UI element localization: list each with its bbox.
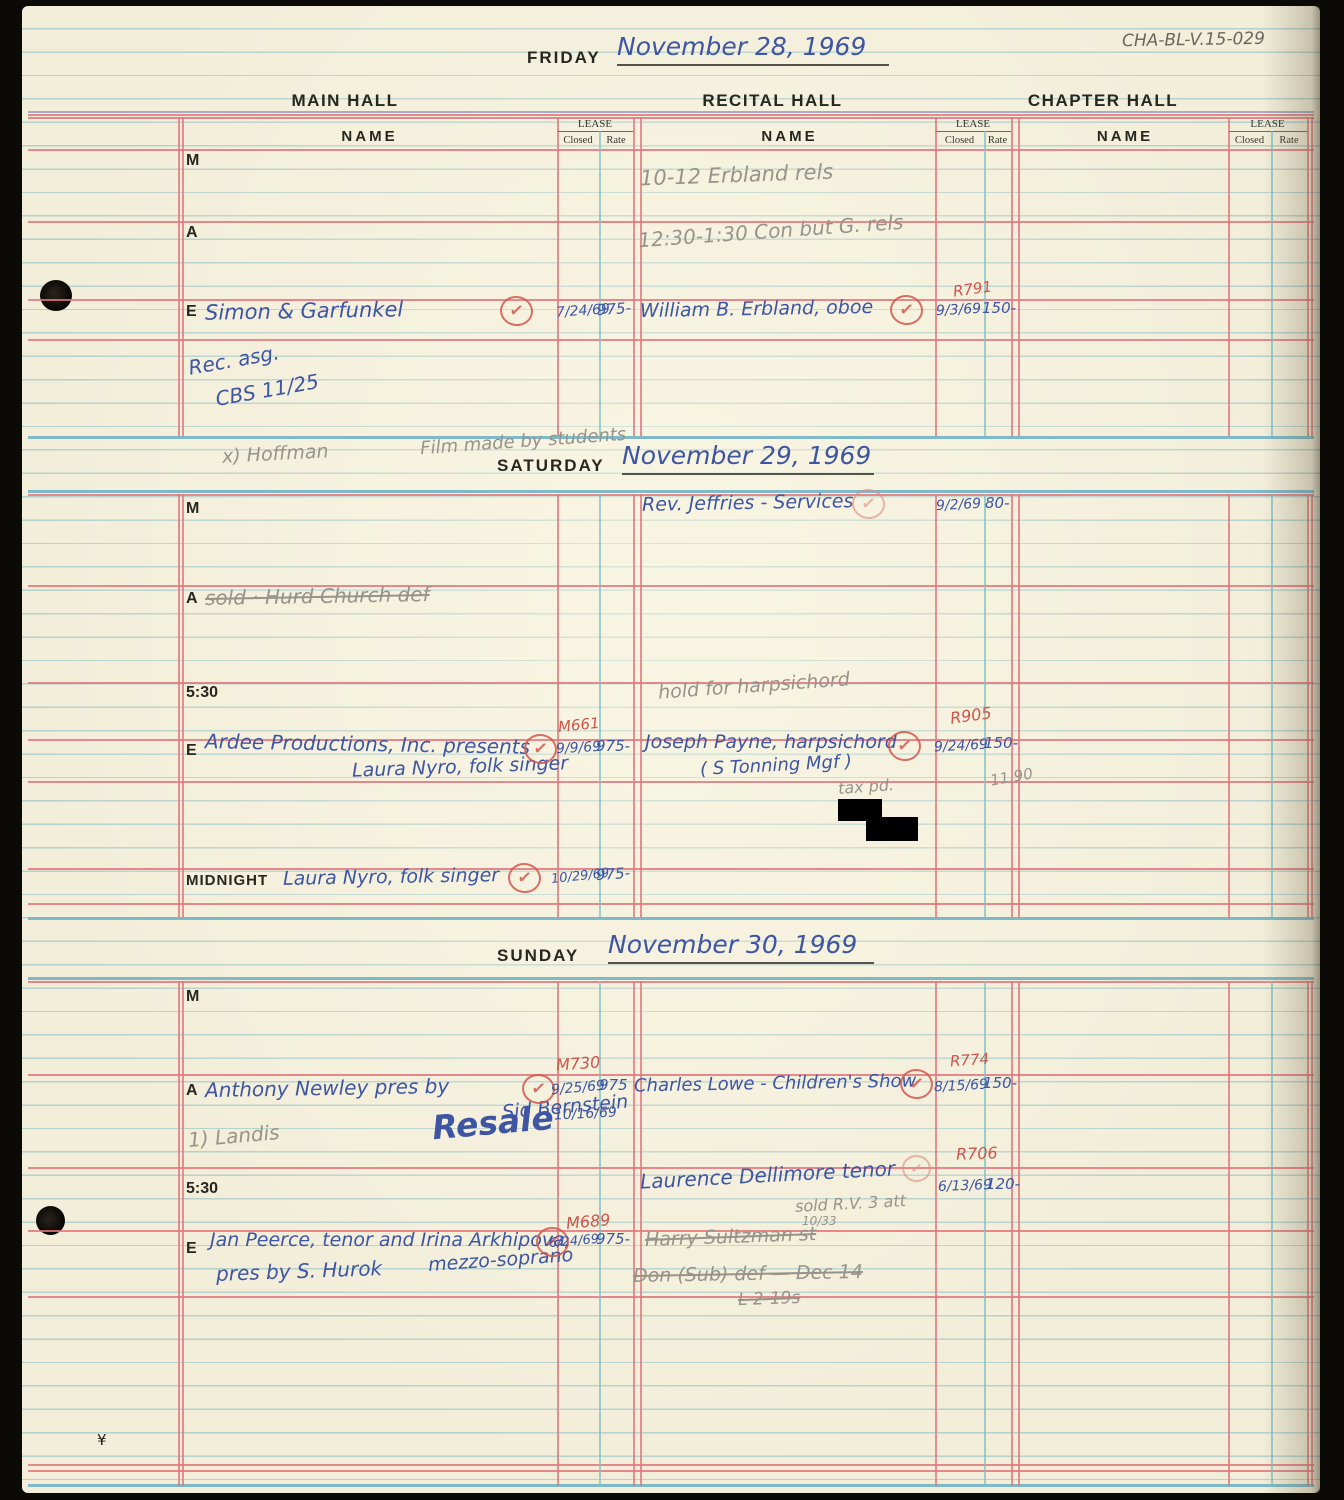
grid-line [178, 494, 180, 917]
lease-closed-lowe: 8/15/69 [934, 1077, 989, 1096]
check-mark: ✓ [508, 300, 525, 322]
date-sunday: November 30, 1969 [608, 930, 874, 964]
grid-line [28, 114, 1314, 116]
lease-rate-nyro-midnight: 975- [595, 864, 630, 884]
column-header-main-hall: MAIN HALL [230, 91, 460, 111]
grid-line [1228, 117, 1230, 436]
lease-rate-lowe: 150- [983, 1074, 1017, 1092]
note-tax-paid: tax pd. [837, 775, 894, 798]
slot-label-a: A [186, 1082, 198, 1100]
check-mark: ✓ [896, 735, 913, 757]
day-label-saturday: SATURDAY [497, 456, 605, 476]
hole-punch-top [40, 280, 72, 311]
name-header-recital: NAME [644, 128, 935, 145]
day-label-friday: FRIDAY [527, 48, 601, 68]
closed-header-recital: Closed [935, 135, 984, 146]
grid-line [1018, 494, 1020, 917]
booking-code-dellimore: R706 [956, 1143, 998, 1163]
entry-laura-nyro-midnight: Laura Nyro, folk singer [283, 864, 500, 890]
slot-label-530: 5:30 [186, 1180, 218, 1198]
slot-label-a: A [186, 590, 198, 608]
lease-closed-ardee: 9/9/69 [556, 739, 602, 757]
slot-label-m: M [186, 500, 199, 518]
grid-line [633, 494, 635, 917]
booking-code-lowe: R774 [949, 1050, 989, 1071]
check-mark: ✓ [516, 867, 533, 889]
grid-line [1011, 981, 1013, 1486]
lease-divider-main [557, 131, 633, 132]
slot-label-530: 5:30 [186, 684, 218, 702]
slot-label-midnight: MIDNIGHT [186, 872, 268, 889]
grid-line [935, 117, 937, 436]
lease-closed-jeffries: 9/2/69 [936, 496, 982, 514]
grid-line [28, 221, 1314, 223]
grid-line [640, 117, 642, 436]
grid-line [28, 781, 1314, 783]
grid-line [182, 117, 184, 436]
slot-label-m: M [186, 988, 199, 1006]
entry-william-erbland: William B. Erbland, oboe [640, 296, 874, 322]
slot-label-m: M [186, 152, 199, 170]
lease-rate-simon-garfunkel: 975- [596, 299, 631, 319]
grid-line [28, 1470, 1314, 1472]
lease-rate-payne: 150- [984, 734, 1018, 752]
booking-code-newley: M730 [555, 1052, 601, 1074]
grid-line [935, 494, 937, 917]
lease-header-recital: LEASE [935, 118, 1011, 130]
grid-line [1228, 494, 1230, 917]
section-line [28, 917, 1314, 920]
entry-joseph-payne: Joseph Payne, harpsichord [645, 731, 897, 753]
name-header-chapter: NAME [1022, 128, 1228, 145]
grid-line [1018, 117, 1020, 436]
grid-line [599, 131, 601, 436]
grid-line [28, 117, 1314, 119]
date-saturday: November 29, 1969 [622, 441, 874, 475]
grid-line [28, 149, 1314, 151]
closed-header-main: Closed [557, 135, 599, 146]
lease-header-main: LEASE [557, 118, 633, 130]
slot-label-e: E [186, 742, 197, 760]
grid-line [28, 903, 1314, 905]
check-mark: ✓ [530, 1078, 547, 1100]
grid-line [28, 1296, 1314, 1298]
scanned-ledger-page: CHA-BL-V.15-029 FRIDAY November 28, 1969… [0, 0, 1344, 1500]
grid-line [28, 1464, 1314, 1466]
grid-line [178, 117, 180, 436]
grid-line [182, 494, 184, 917]
lease-rate-dellimore: 120- [986, 1175, 1020, 1193]
grid-line [633, 981, 635, 1486]
entry-simon-garfunkel: Simon & Garfunkel [205, 297, 404, 324]
grid-line [1011, 494, 1013, 917]
slot-label-e: E [186, 1240, 197, 1258]
grid-line [935, 981, 937, 1486]
slot-label-a: A [186, 224, 198, 242]
lease-rate-erbland: 150- [982, 299, 1016, 317]
column-header-recital-hall: RECITAL HALL [655, 91, 890, 111]
date-friday: November 28, 1969 [617, 32, 889, 66]
grid-line [633, 117, 635, 436]
check-mark: ✓ [909, 1159, 923, 1177]
entry-hurd-church-cancelled: sold · Hurd Church def [205, 582, 430, 610]
grid-line [28, 981, 1314, 983]
page-edge-shadow [1262, 6, 1320, 1493]
section-line [28, 977, 1314, 980]
day-label-sunday: SUNDAY [497, 946, 579, 966]
lease-closed-payne: 9/24/69 [934, 737, 989, 756]
name-header-main: NAME [182, 128, 557, 145]
grid-line [1228, 981, 1230, 1486]
grid-line [182, 981, 184, 1486]
check-mark: ✓ [908, 1073, 925, 1095]
redaction-block [866, 817, 918, 841]
section-line [28, 436, 1314, 439]
lease-rate-jeffries: 80- [985, 494, 1010, 512]
check-mark: ✓ [532, 738, 549, 760]
check-mark: ✓ [860, 493, 877, 515]
lease-closed-dellimore: 6/13/69 [938, 1177, 993, 1195]
lease-rate-peerce: 975- [596, 1230, 630, 1248]
lease-rate-ardee: 975- [596, 737, 630, 755]
grid-line [28, 339, 1314, 341]
catalog-number: CHA-BL-V.15-029 [1122, 29, 1265, 51]
entry-don-sub-cancelled: Don (Sub) def — Dec 14 [633, 1261, 863, 1287]
bottom-mark: ¥ [97, 1431, 107, 1449]
rate-header-recital: Rate [984, 135, 1011, 146]
grid-line [557, 117, 559, 436]
entry-cancelled-note: L 2-19s [738, 1288, 801, 1310]
grid-line [178, 981, 180, 1486]
column-header-chapter-hall: CHAPTER HALL [1008, 91, 1198, 111]
grid-line [640, 494, 642, 917]
lease-closed2-newley: 10/16/69 [554, 1104, 618, 1123]
grid-line [28, 111, 1314, 113]
section-line [28, 1484, 1314, 1487]
rate-header-main: Rate [599, 135, 633, 146]
grid-line [640, 981, 642, 1486]
entry-anthony-newley: Anthony Newley pres by [205, 1074, 450, 1102]
grid-line [1011, 117, 1013, 436]
grid-line [557, 494, 559, 917]
slot-label-e: E [186, 303, 197, 321]
lease-divider-recital [935, 131, 1011, 132]
lease-closed-erbland: 9/3/69 [936, 301, 982, 319]
lease-rate-newley: 975 [599, 1076, 628, 1094]
check-mark: ✓ [898, 299, 915, 321]
entry-rev-jeffries: Rev. Jeffries - Services [642, 490, 854, 516]
grid-line [28, 868, 1314, 870]
grid-line [1018, 981, 1020, 1486]
grid-line [599, 494, 601, 917]
